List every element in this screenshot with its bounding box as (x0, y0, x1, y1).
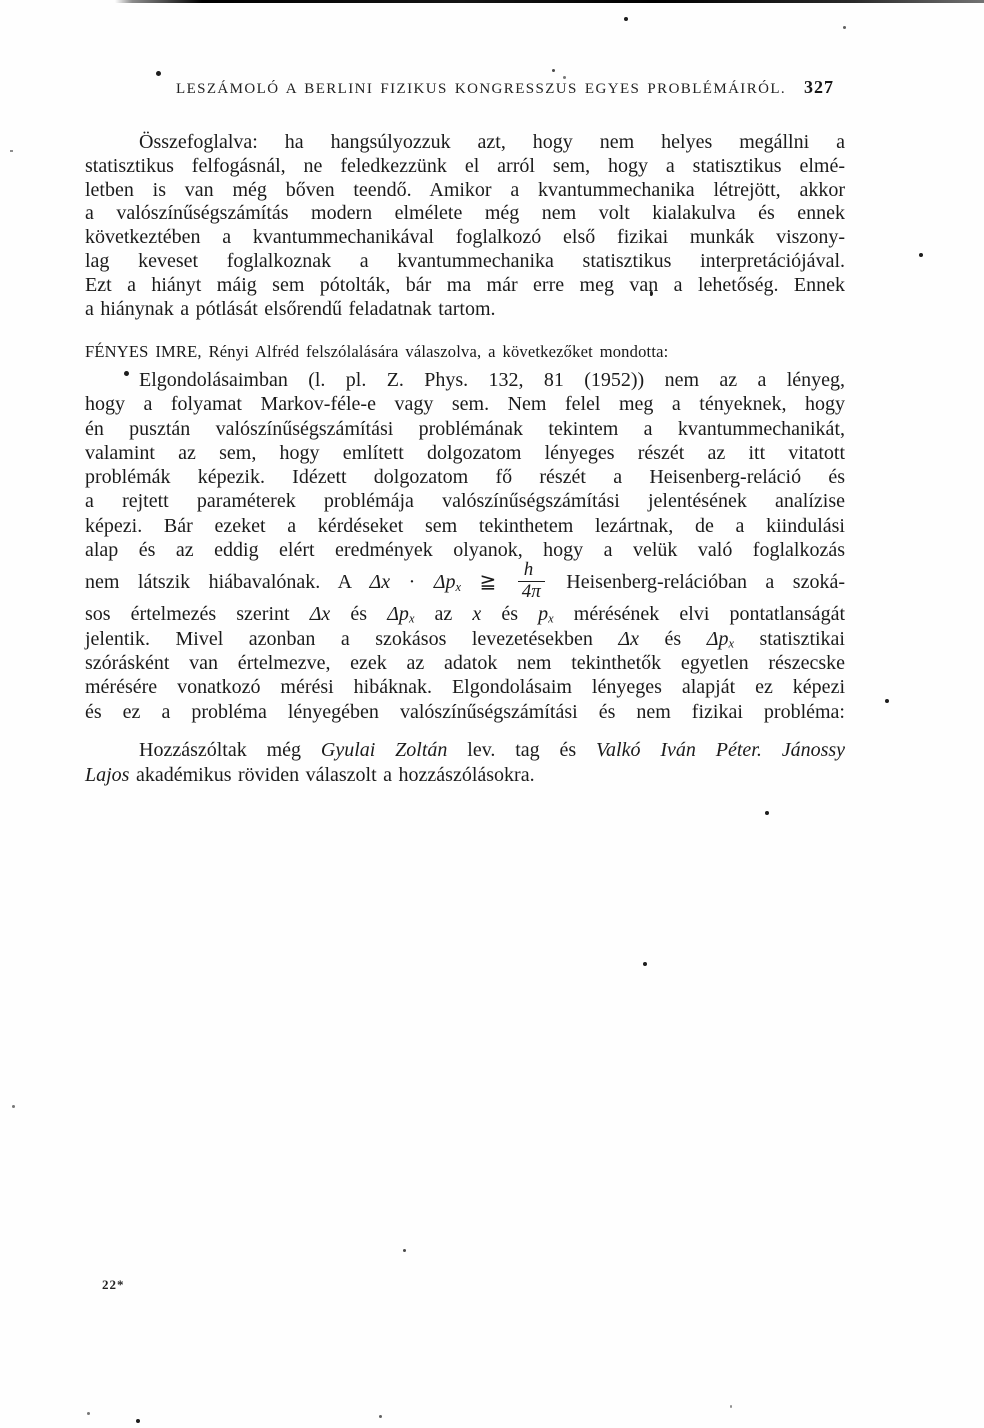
scan-speck (765, 811, 769, 815)
text-line: Elgondolásaimban (l. pl. Z. Phys. 132, 8… (85, 368, 845, 392)
text-line: hogy a folyamat Markov-féle-e vagy sem. … (85, 392, 845, 416)
text-line: és ez a probléma lényegében valószínűség… (85, 700, 845, 724)
scan-speck (12, 1105, 15, 1108)
text-line: képezi. Bár ezeket a kérdéseket sem teki… (85, 514, 845, 538)
running-header: LESZÁMOLÓ A BERLINI FIZIKUS KONGRESSZUS … (176, 81, 786, 98)
scanned-page: LESZÁMOLÓ A BERLINI FIZIKUS KONGRESSZUS … (0, 0, 984, 1428)
fraction: h4π (518, 560, 545, 603)
scan-speck (379, 1415, 382, 1418)
paragraph-fenyes-reply: Elgondolásaimban (l. pl. Z. Phys. 132, 8… (85, 368, 845, 724)
scan-speck (136, 1419, 140, 1423)
text-line: nem látszik hiábavalónak. A Δx · Δpx ≧ h… (85, 562, 845, 602)
text-line: valamint az sem, hogy említett dolgozato… (85, 441, 845, 465)
paragraph-summary: Összefoglalva: ha hangsúlyozzuk azt, hog… (85, 131, 845, 321)
text-line: a rejtett paraméterek problémája valószí… (85, 489, 845, 513)
text-line: Hozzászóltak még Gyulai Zoltán lev. tag … (85, 738, 845, 763)
speaker-line: FÉNYES IMRE, Rényi Alfréd felszólalására… (85, 342, 845, 362)
scan-speck (552, 69, 555, 72)
text-line: a valószínűségszámítás modern elmélete m… (85, 202, 845, 226)
scan-speck (124, 371, 129, 376)
scan-speck (403, 1249, 406, 1252)
scan-speck (650, 291, 653, 296)
scan-speck (843, 26, 846, 29)
scan-speck (624, 17, 628, 21)
scan-speck (10, 150, 13, 152)
paragraph-closing: Hozzászóltak még Gyulai Zoltán lev. tag … (85, 738, 845, 788)
text-line: Összefoglalva: ha hangsúlyozzuk azt, hog… (85, 131, 845, 155)
text-line: következtében a kvantummechanikával fogl… (85, 226, 845, 250)
scan-edge-artifact (115, 0, 984, 3)
signature-mark: 22* (102, 1277, 125, 1293)
text-line: letben is van még bőven teendő. Amikor a… (85, 179, 845, 203)
text-line: Lajos akadémikus röviden válaszolt a hoz… (85, 763, 845, 788)
text-line: lag keveset foglalkoznak a kvantummechan… (85, 250, 845, 274)
text-line: én pusztán valószínűségszámítási problém… (85, 417, 845, 441)
text-line: jelentik. Mivel azonban a szokásos levez… (85, 627, 845, 651)
text-line: szórásként van értelmezve, ezek az adato… (85, 651, 845, 675)
scan-speck (87, 1412, 90, 1415)
scan-speck (919, 253, 923, 257)
text-line: problémák képezik. Idézett dolgozatom fő… (85, 465, 845, 489)
text-line: Ezt a hiányt máig sem pótolták, bár ma m… (85, 274, 845, 298)
text-line: sos értelmezés szerint Δx és Δpx az x és… (85, 602, 845, 626)
page-number: 327 (804, 77, 834, 98)
text-line: a hiánynak a pótlását elsőrendű feladatn… (85, 298, 845, 322)
text-line: alap és az eddig elért eredmények olyano… (85, 538, 845, 562)
scan-speck (643, 962, 647, 966)
scan-speck (156, 71, 161, 76)
scan-speck (885, 699, 889, 703)
scan-speck (563, 76, 566, 79)
scan-speck (730, 1405, 732, 1408)
text-line: mérésére vonatkozó mérési hibáknak. Elgo… (85, 675, 845, 699)
text-line: statisztikus felfogásnál, ne feledkezzün… (85, 155, 845, 179)
